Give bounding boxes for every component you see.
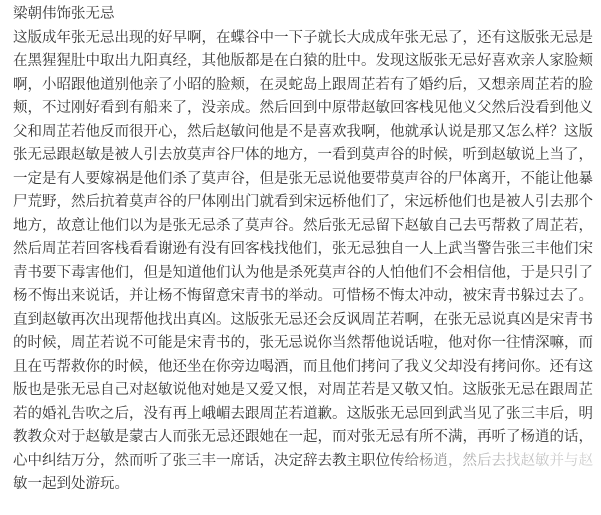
article-line: 青书要下毒害他们，但是知道他们认为他是杀死莫声谷的人怕他们不会相信他，于是只引了 <box>13 262 601 286</box>
article-line: 直到赵敏再次出现帮他找出真凶。这版张无忌还会反讽周芷若啊，在张无忌说真凶是宋青书 <box>13 309 601 333</box>
article-line: 的时候，周芷若说不可能是宋青书的，张无忌说你当然帮他说话啦，他对你一往情深嘛，而 <box>13 332 601 356</box>
article-line: 杨不悔出来说话，并让杨不悔留意宋青书的举动。可惜杨不悔太冲动，被宋青书躲过去了。 <box>13 285 601 309</box>
article-line: 张无忌跟赵敏是被人引去放莫声谷尸体的地方，一看到莫声谷的时候，听到赵敏说上当了， <box>13 144 601 168</box>
article-line: 在黑猩猩肚中取出九阳真经，其他版都是在白猿的肚中。发现这版张无忌好喜欢亲人家脸颊 <box>13 50 601 74</box>
article-line: 啊，小昭跟他道别他亲了小昭的脸颊，在灵蛇岛上跟周芷若有了婚约后，又想亲周芷若的脸 <box>13 74 601 98</box>
article-line: 心中纠结万分，然而听了张三丰一席话，决定辞去教主职位传给杨逍，然后去找赵敏并与赵 <box>13 450 601 474</box>
article-line: 然后周芷若回客栈看看谢逊有没有回客栈找他们，张无忌独自一人上武当警告张三丰他们宋 <box>13 238 601 262</box>
article-line: 版也是张无忌自己对赵敏说他对她是又爱又恨，对周芷若是又敬又怕。这版张无忌在跟周芷 <box>13 379 601 403</box>
text-article: 梁朝伟饰张无忌 这版成年张无忌出现的好早啊，在蝶谷中一下子就长大成成年张无忌了，… <box>0 0 601 515</box>
article-line: 颊，不过刚好看到有船来了，没亲成。然后回到中原带赵敏回客栈见他义父然后没看到他义 <box>13 97 601 121</box>
article-line: 这版成年张无忌出现的好早啊，在蝶谷中一下子就长大成成年张无忌了，还有这版张无忌是 <box>13 27 601 51</box>
article-line: 若的婚礼告吹之后，没有再上峨嵋去跟周芷若道歉。这版张无忌回到武当见了张三丰后，明 <box>13 403 601 427</box>
article-line: 一定是有人要嫁祸是他们杀了莫声谷，但是张无忌说他要带莫声谷的尸体离开，不能让他暴 <box>13 168 601 192</box>
article-line: 教教众对于赵敏是蒙古人而张无忌还跟她在一起，而对张无忌有所不满，再听了杨逍的话， <box>13 426 601 450</box>
article-line: 尸荒野，然后抗着莫声谷的尸体刚出门就看到宋远桥他们了，宋远桥他们也是被人引去那个 <box>13 191 601 215</box>
article-line: 父和周芷若他反而很开心，然后赵敏问他是不是喜欢我啊，他就承认说是那又怎么样？这版 <box>13 121 601 145</box>
article-title: 梁朝伟饰张无忌 <box>13 3 601 27</box>
article-line: 且在丐帮救你的时候，他还坐在你旁边喝酒，而且他们拷问了我义父却没有拷问你。还有这 <box>13 356 601 380</box>
article-line: 敏一起到处游玩。 <box>13 473 601 497</box>
article-line: 地方，故意让他们以为是张无忌杀了莫声谷。然后张无忌留下赵敏自己去丐帮救了周芷若， <box>13 215 601 239</box>
